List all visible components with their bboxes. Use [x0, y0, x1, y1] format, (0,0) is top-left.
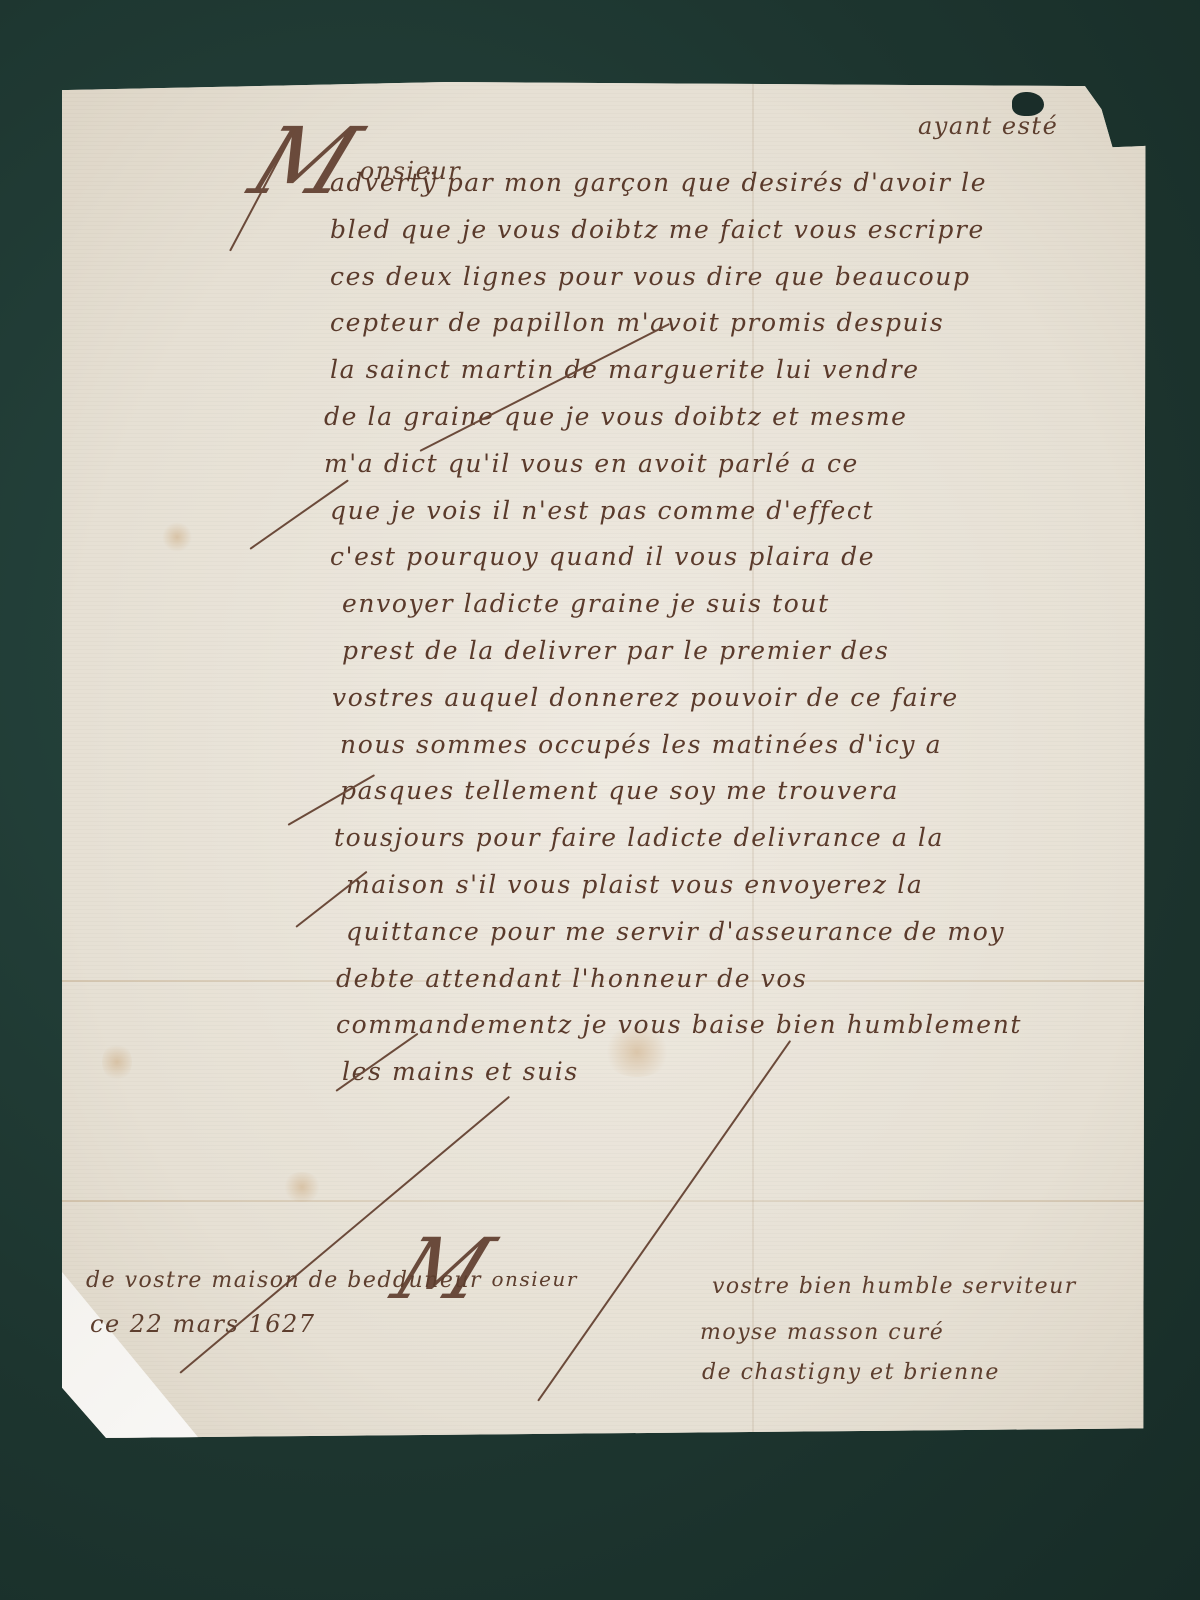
body-line: maison s'il vous plaist vous envoyerez l… [346, 862, 1142, 909]
body-line: c'est pourquoy quand il vous plaira de [330, 534, 1142, 581]
body-line: cepteur de papillon m'avoit promis despu… [330, 300, 1142, 347]
body-line: que je vois il n'est pas comme d'effect [330, 488, 1142, 535]
body-line: nous sommes occupés les matinées d'icy a [340, 722, 1142, 769]
body-line: de la graine que je vous doibtz et mesme [324, 394, 1142, 441]
folded-corner [62, 1272, 202, 1442]
body-line: envoyer ladicte graine je suis tout [342, 581, 1142, 628]
body-line: advertÿ par mon garçon que desirés d'avo… [330, 160, 1142, 207]
body-line: les mains et suis [342, 1049, 1142, 1096]
dateline-place: de vostre maison de bedduneur [86, 1268, 482, 1293]
body-line: tousjours pour faire ladicte delivrance … [334, 815, 1142, 862]
stain [282, 1172, 322, 1202]
body-line: vostres auquel donnerez pouvoir de ce fa… [332, 675, 1142, 722]
body-line: la sainct martin de marguerite lui vendr… [330, 347, 1142, 394]
body-line: m'a dict qu'il vous en avoit parlé a ce [324, 441, 1142, 488]
letter-body: advertÿ par mon garçon que desirés d'avo… [262, 160, 1142, 1096]
body-line: quittance pour me servir d'asseurance de… [346, 909, 1142, 956]
body-line: pasques tellement que soy me trouvera [340, 768, 1142, 815]
opening-phrase: ayant esté [918, 112, 1058, 140]
body-line: ces deux lignes pour vous dire que beauc… [330, 254, 1142, 301]
signature-line: vostre bien humble serviteur [712, 1274, 1077, 1299]
body-line: bled que je vous doibtz me faict vous es… [330, 207, 1142, 254]
dateline-date: ce 22 mars 1627 [90, 1310, 316, 1338]
fold-line [62, 1200, 1162, 1202]
stain [162, 522, 192, 552]
body-line: debte attendant l'honneur de vos [336, 956, 1142, 1003]
stain [102, 1042, 132, 1082]
closing-salutation-text: onsieur [492, 1267, 578, 1291]
body-line: commandementz je vous baise bien humblem… [336, 1002, 1142, 1049]
signature-parish: de chastigny et brienne [702, 1360, 1000, 1385]
signature-name: moyse masson curé [700, 1320, 944, 1345]
body-line: prest de la delivrer par le premier des [342, 628, 1142, 675]
